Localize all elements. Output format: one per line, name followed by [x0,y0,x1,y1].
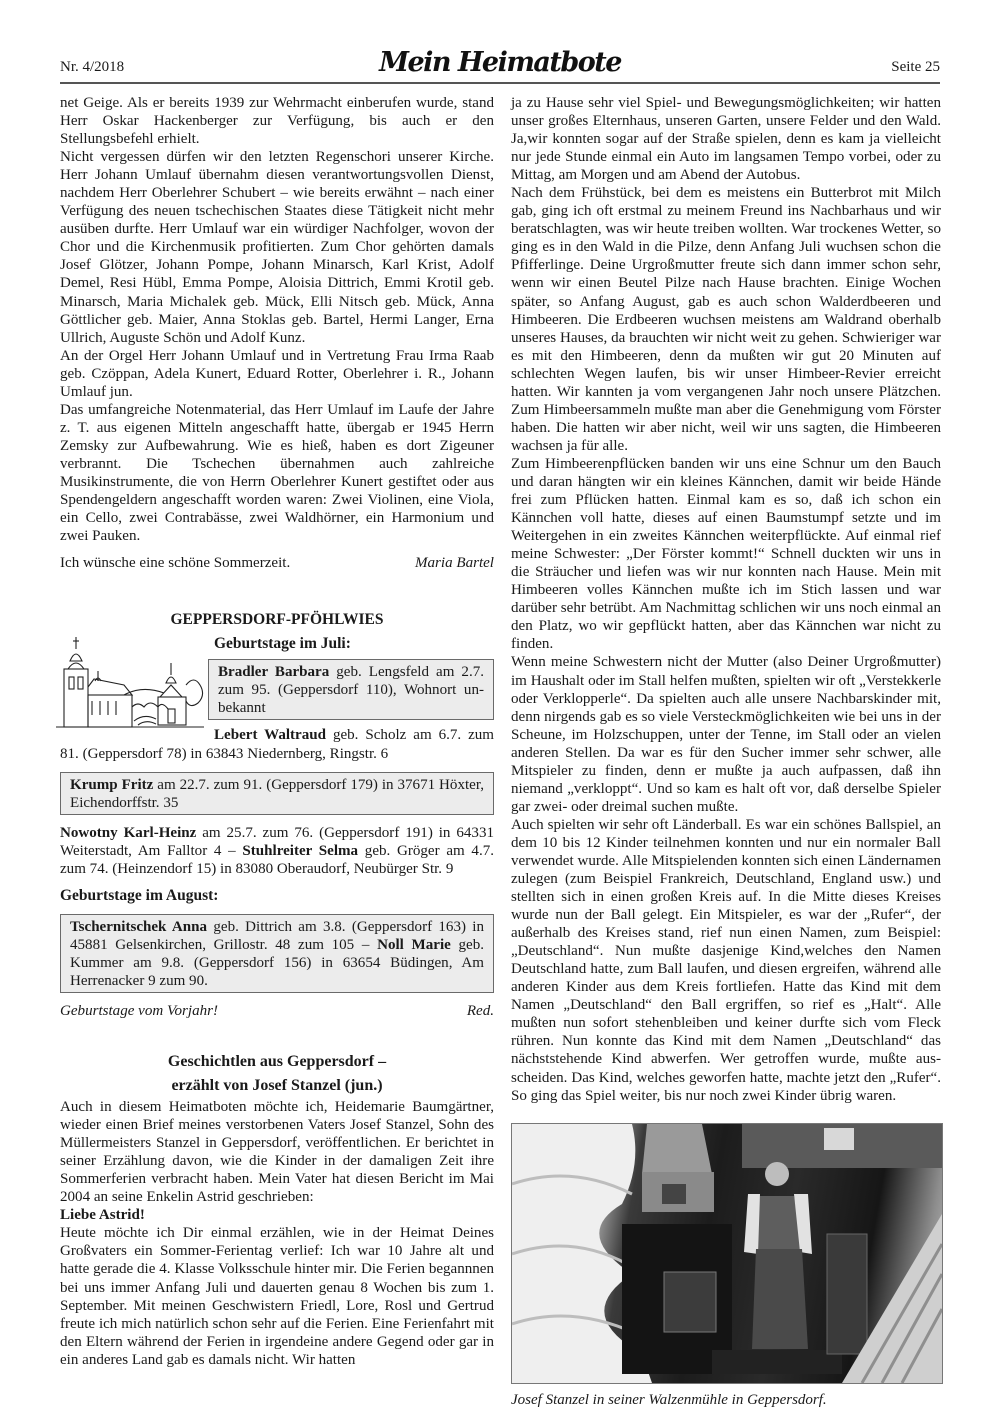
highlight-box-august: Tschernitschek Anna geb. Dittrich am 3.8… [60,914,494,993]
page-number: Seite 25 [891,59,940,76]
header-rule [60,82,940,84]
editor-sign: Red. [467,1002,494,1020]
paragraph: An der Orgel Herr Johann Umlauf und in V… [60,347,494,401]
story-title-line1: Geschichtlen aus Geppersdorf – [168,1053,386,1070]
masthead-title: Mein Heimatbote [379,47,621,78]
church-illustration-icon [54,635,206,729]
section-title: GEPPERSDORF-PFÖHLWIES [60,611,494,629]
right-column: ja zu Hause sehr viel Spiel- und Bewegun… [511,94,941,1409]
paragraph: ja zu Hause sehr viel Spiel- und Bewegun… [511,94,941,184]
photo-caption: Josef Stanzel in seiner Walzenmühle in G… [511,1391,941,1409]
paragraph: Zum Himbeerenpflücken banden wir uns ein… [511,455,941,654]
paragraph: Wenn meine Schwestern nicht der Mutter (… [511,653,941,815]
paragraph: Nach dem Frühstück, bei dem es meistens … [511,184,941,455]
birthday-name: Nowotny Karl-Heinz [60,825,196,841]
birthday-entry-nowotny: Nowotny Karl-Heinz am 25.7. zum 76. (Gep… [60,824,494,878]
issue-number: Nr. 4/2018 [60,59,124,76]
birthday-name: Krump Fritz [70,777,153,793]
story-title-line2: erzählt von Josef Stanzel (jun.) [171,1077,382,1094]
birthdays-section: Geburtstage im Juli: Bradler Barbara geb… [60,635,494,1020]
birthday-name: Noll Marie [377,937,451,953]
paragraph: net Geige. Als er bereits 1939 zur Wehrm… [60,94,494,148]
paragraph: Nicht vergessen dürfen wir den letzten R… [60,148,494,347]
left-column: net Geige. Als er bereits 1939 zur Wehrm… [60,94,494,1369]
editor-note: Geburtstage vom Vorjahr! [60,1002,218,1020]
page-header: Nr. 4/2018 Mein Heimatbote Seite 25 [60,40,940,82]
birthday-name: Lebert Waltraud [214,727,326,743]
photo-image-icon [512,1124,942,1383]
paragraph: Heute möchte ich Dir einmal erzählen, wi… [60,1224,494,1368]
birthday-entry-lebert: Lebert Waltraud geb. Scholz am 6.7. zum … [60,726,494,762]
closing-line: Ich wünsche eine schöne Sommerzeit. Mari… [60,554,494,572]
august-heading: Geburtstage im August: [60,887,494,905]
highlight-box-bradler: Bradler Barbara geb. Lengsfeld am 2.7. z… [208,659,494,720]
mill-photo [511,1123,943,1384]
paragraph: Auch spielten wir sehr oft Länderball. E… [511,816,941,1105]
highlight-box-krump: Krump Fritz am 22.7. zum 91. (Geppersdor… [60,772,494,815]
author-signature: Maria Bartel [415,554,494,572]
paragraph: Das umfangreiche Notenmaterial, das Herr… [60,401,494,545]
letter-greeting: Liebe Astrid! [60,1206,494,1224]
editor-note-line: Geburtstage vom Vorjahr! Red. [60,1002,494,1020]
story-title: Geschichtlen aus Geppersdorf – erzählt v… [60,1050,494,1098]
birthday-name: Tschernitschek Anna [70,919,207,935]
birthday-name: Stuhlreiter Selma [242,843,358,859]
birthday-name: Bradler Barbara [218,664,329,680]
story-intro: Auch in diesem Heimatboten möchte ich, H… [60,1098,494,1206]
closing-text: Ich wünsche eine schöne Sommerzeit. [60,554,290,572]
july-heading: Geburtstage im Juli: [214,635,494,653]
